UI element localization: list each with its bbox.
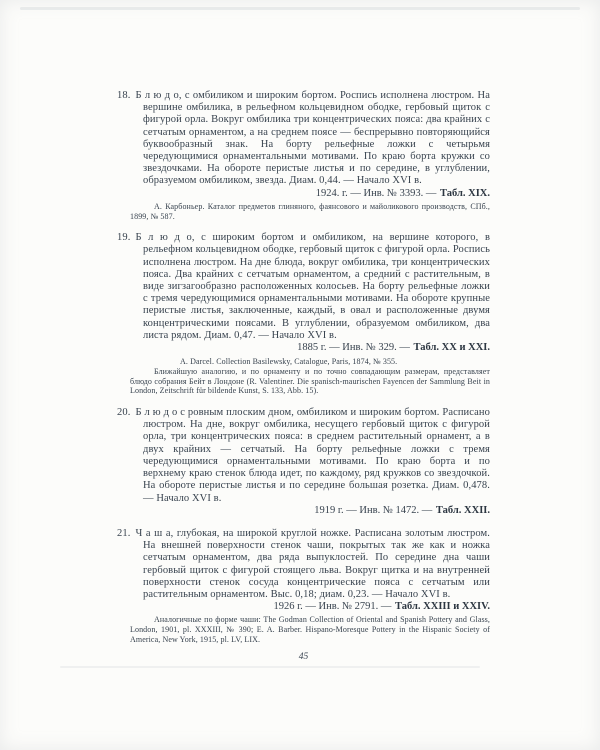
entry-text: Б л ю д о, с широким бортом и омбиликом,… bbox=[135, 232, 490, 341]
entry-paragraph: 19.Б л ю д о, с широким бортом и омбилик… bbox=[117, 232, 490, 342]
entry-credit-line: 1919 г. — Инв. № 1472. —Табл. XXII. bbox=[117, 505, 490, 517]
entry-footnote: A. Darcel. Collection Basilewsky, Catalo… bbox=[130, 357, 490, 367]
page-number: 45 bbox=[117, 652, 490, 662]
scanned-catalog-page: 18.Б л ю д о, с омбиликом и широким борт… bbox=[0, 0, 600, 750]
credit-text: 1885 г. — Инв. № 329. — bbox=[297, 342, 410, 353]
entry-paragraph: 20.Б л ю д о с ровным плоским дном, омби… bbox=[117, 407, 490, 505]
entry-paragraph: 18.Б л ю д о, с омбиликом и широким борт… bbox=[117, 90, 490, 188]
entry-text: Ч а ш а, глубокая, на широкой круглой но… bbox=[135, 528, 490, 600]
credit-text: 1924. г. — Инв. № 3393. — bbox=[316, 188, 437, 199]
entry-number: 19. bbox=[117, 232, 130, 243]
entry-credit-line: 1926 г. — Инв. № 2791. —Табл. XXIII и XX… bbox=[117, 601, 490, 613]
catalog-entry-20: 20.Б л ю д о с ровным плоским дном, омби… bbox=[117, 407, 490, 517]
credit-text: 1926 г. — Инв. № 2791. — bbox=[273, 601, 391, 612]
credit-table-ref: Табл. XIX. bbox=[440, 188, 490, 199]
entry-number: 18. bbox=[117, 90, 130, 101]
credit-table-ref: Табл. XX и XXI. bbox=[414, 342, 490, 353]
entry-paragraph: 21.Ч а ш а, глубокая, на широкой круглой… bbox=[117, 528, 490, 601]
entry-number: 20. bbox=[117, 407, 130, 418]
entry-text: Б л ю д о с ровным плоским дном, омбилик… bbox=[135, 407, 490, 503]
credit-text: 1919 г. — Инв. № 1472. — bbox=[314, 505, 432, 516]
entry-text: Б л ю д о, с омбиликом и широким бортом.… bbox=[135, 90, 490, 186]
entry-footnote: А. Карбоньер. Каталог предметов глиняног… bbox=[130, 202, 490, 221]
credit-table-ref: Табл. XXII. bbox=[436, 505, 490, 516]
catalog-entry-18: 18.Б л ю д о, с омбиликом и широким борт… bbox=[117, 90, 490, 221]
catalog-entry-19: 19.Б л ю д о, с широким бортом и омбилик… bbox=[117, 232, 490, 396]
entry-footnote: Ближайшую аналогию, и по орнаменту и по … bbox=[130, 367, 490, 396]
entry-footnote: Аналогичные по форме чаши: The Godman Co… bbox=[130, 615, 490, 644]
entry-credit-line: 1885 г. — Инв. № 329. —Табл. XX и XXI. bbox=[117, 342, 490, 354]
text-column: 18.Б л ю д о, с омбиликом и широким борт… bbox=[117, 90, 490, 655]
entry-number: 21. bbox=[117, 528, 130, 539]
credit-table-ref: Табл. XXIII и XXIV. bbox=[395, 601, 490, 612]
catalog-entry-21: 21.Ч а ш а, глубокая, на широкой круглой… bbox=[117, 528, 490, 645]
entry-credit-line: 1924. г. — Инв. № 3393. —Табл. XIX. bbox=[117, 188, 490, 200]
